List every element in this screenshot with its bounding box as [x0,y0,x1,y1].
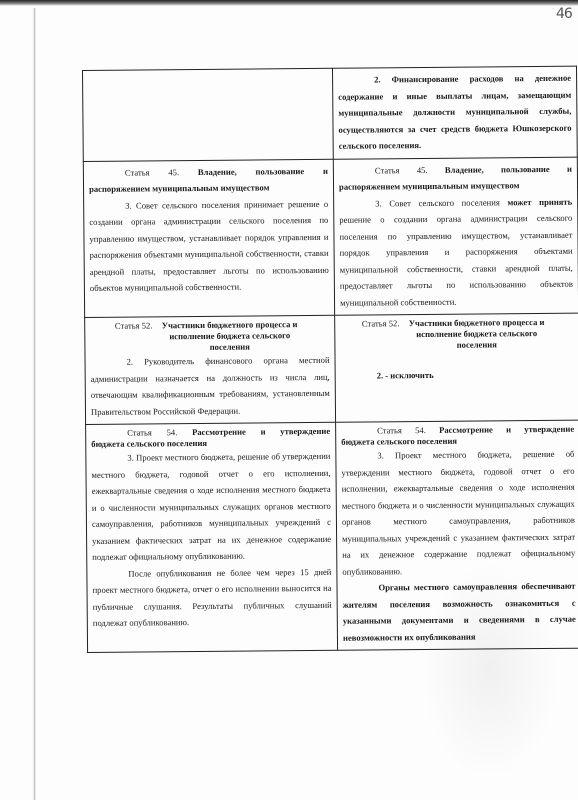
scanned-page: 46 2. Финансирование расходов на денежно… [0,0,578,800]
left-cell-empty [83,68,334,161]
page-number: 46 [556,6,572,22]
article-45-paragraph: 3. Совет сельского поселения принимает р… [89,195,329,296]
scan-edge [0,0,578,6]
right-cell-article-45: Статья 45. Владение, пользование и распо… [333,157,578,316]
article-45-paragraph: 3. Совет сельского поселения может приня… [339,193,573,311]
financing-paragraph: 2. Финансирование расходов на денежное с… [338,70,572,155]
article-54-paragraph-1: 3. Проект местного бюджета, решение об у… [91,448,331,566]
article-45-title-cont: распоряжением муниципальным имуществом [339,177,572,196]
left-cell-article-45: Статья 45. Владение, пользование и распо… [83,159,334,318]
article-52-excluded: 2. - исключить [341,366,574,385]
article-54-heading: Статья 54. Рассмотрение и утверждение [91,426,330,439]
right-cell-article-52: Статья 52. Участники бюджетного процесса… [335,313,578,422]
table-row: Статья 52. Участники бюджетного процесса… [85,313,578,424]
article-45-heading: Статья 45. Владение, пользование и [339,160,572,179]
article-54-paragraph-2-amended: Органы местного самоуправления обеспечив… [342,578,576,646]
amended-phrase: может принять [507,196,572,207]
article-45-heading: Статья 45. Владение, пользование и [89,162,328,181]
article-52-heading: Статья 52. Участники бюджетного процесса… [90,319,329,354]
table-row: 2. Финансирование расходов на денежное с… [83,66,578,161]
article-52-heading: Статья 52. Участники бюджетного процесса… [340,317,573,352]
article-54-paragraph-2: После опубликования не более чем через 1… [92,563,332,631]
right-cell-financing: 2. Финансирование расходов на денежное с… [332,66,577,159]
article-54-paragraph-1: 3. Проект местного бюджета, решение об у… [341,446,575,580]
article-52-paragraph: 2. Руководитель финансового органа местн… [90,352,330,420]
article-45-title-cont: распоряжением муниципальным имуществом [89,179,328,198]
left-cell-article-52: Статья 52. Участники бюджетного процесса… [85,315,336,424]
table-row: Статья 45. Владение, пользование и распо… [83,157,578,318]
table-row: Статья 54. Рассмотрение и утверждение бю… [86,420,578,652]
comparison-table: 2. Финансирование расходов на денежное с… [82,66,578,653]
left-cell-article-54: Статья 54. Рассмотрение и утверждение бю… [86,422,338,652]
right-cell-article-54: Статья 54. Рассмотрение и утверждение бю… [336,420,578,650]
article-54-heading: Статья 54. Рассмотрение и утверждение [341,424,574,437]
fold-line [33,8,36,800]
